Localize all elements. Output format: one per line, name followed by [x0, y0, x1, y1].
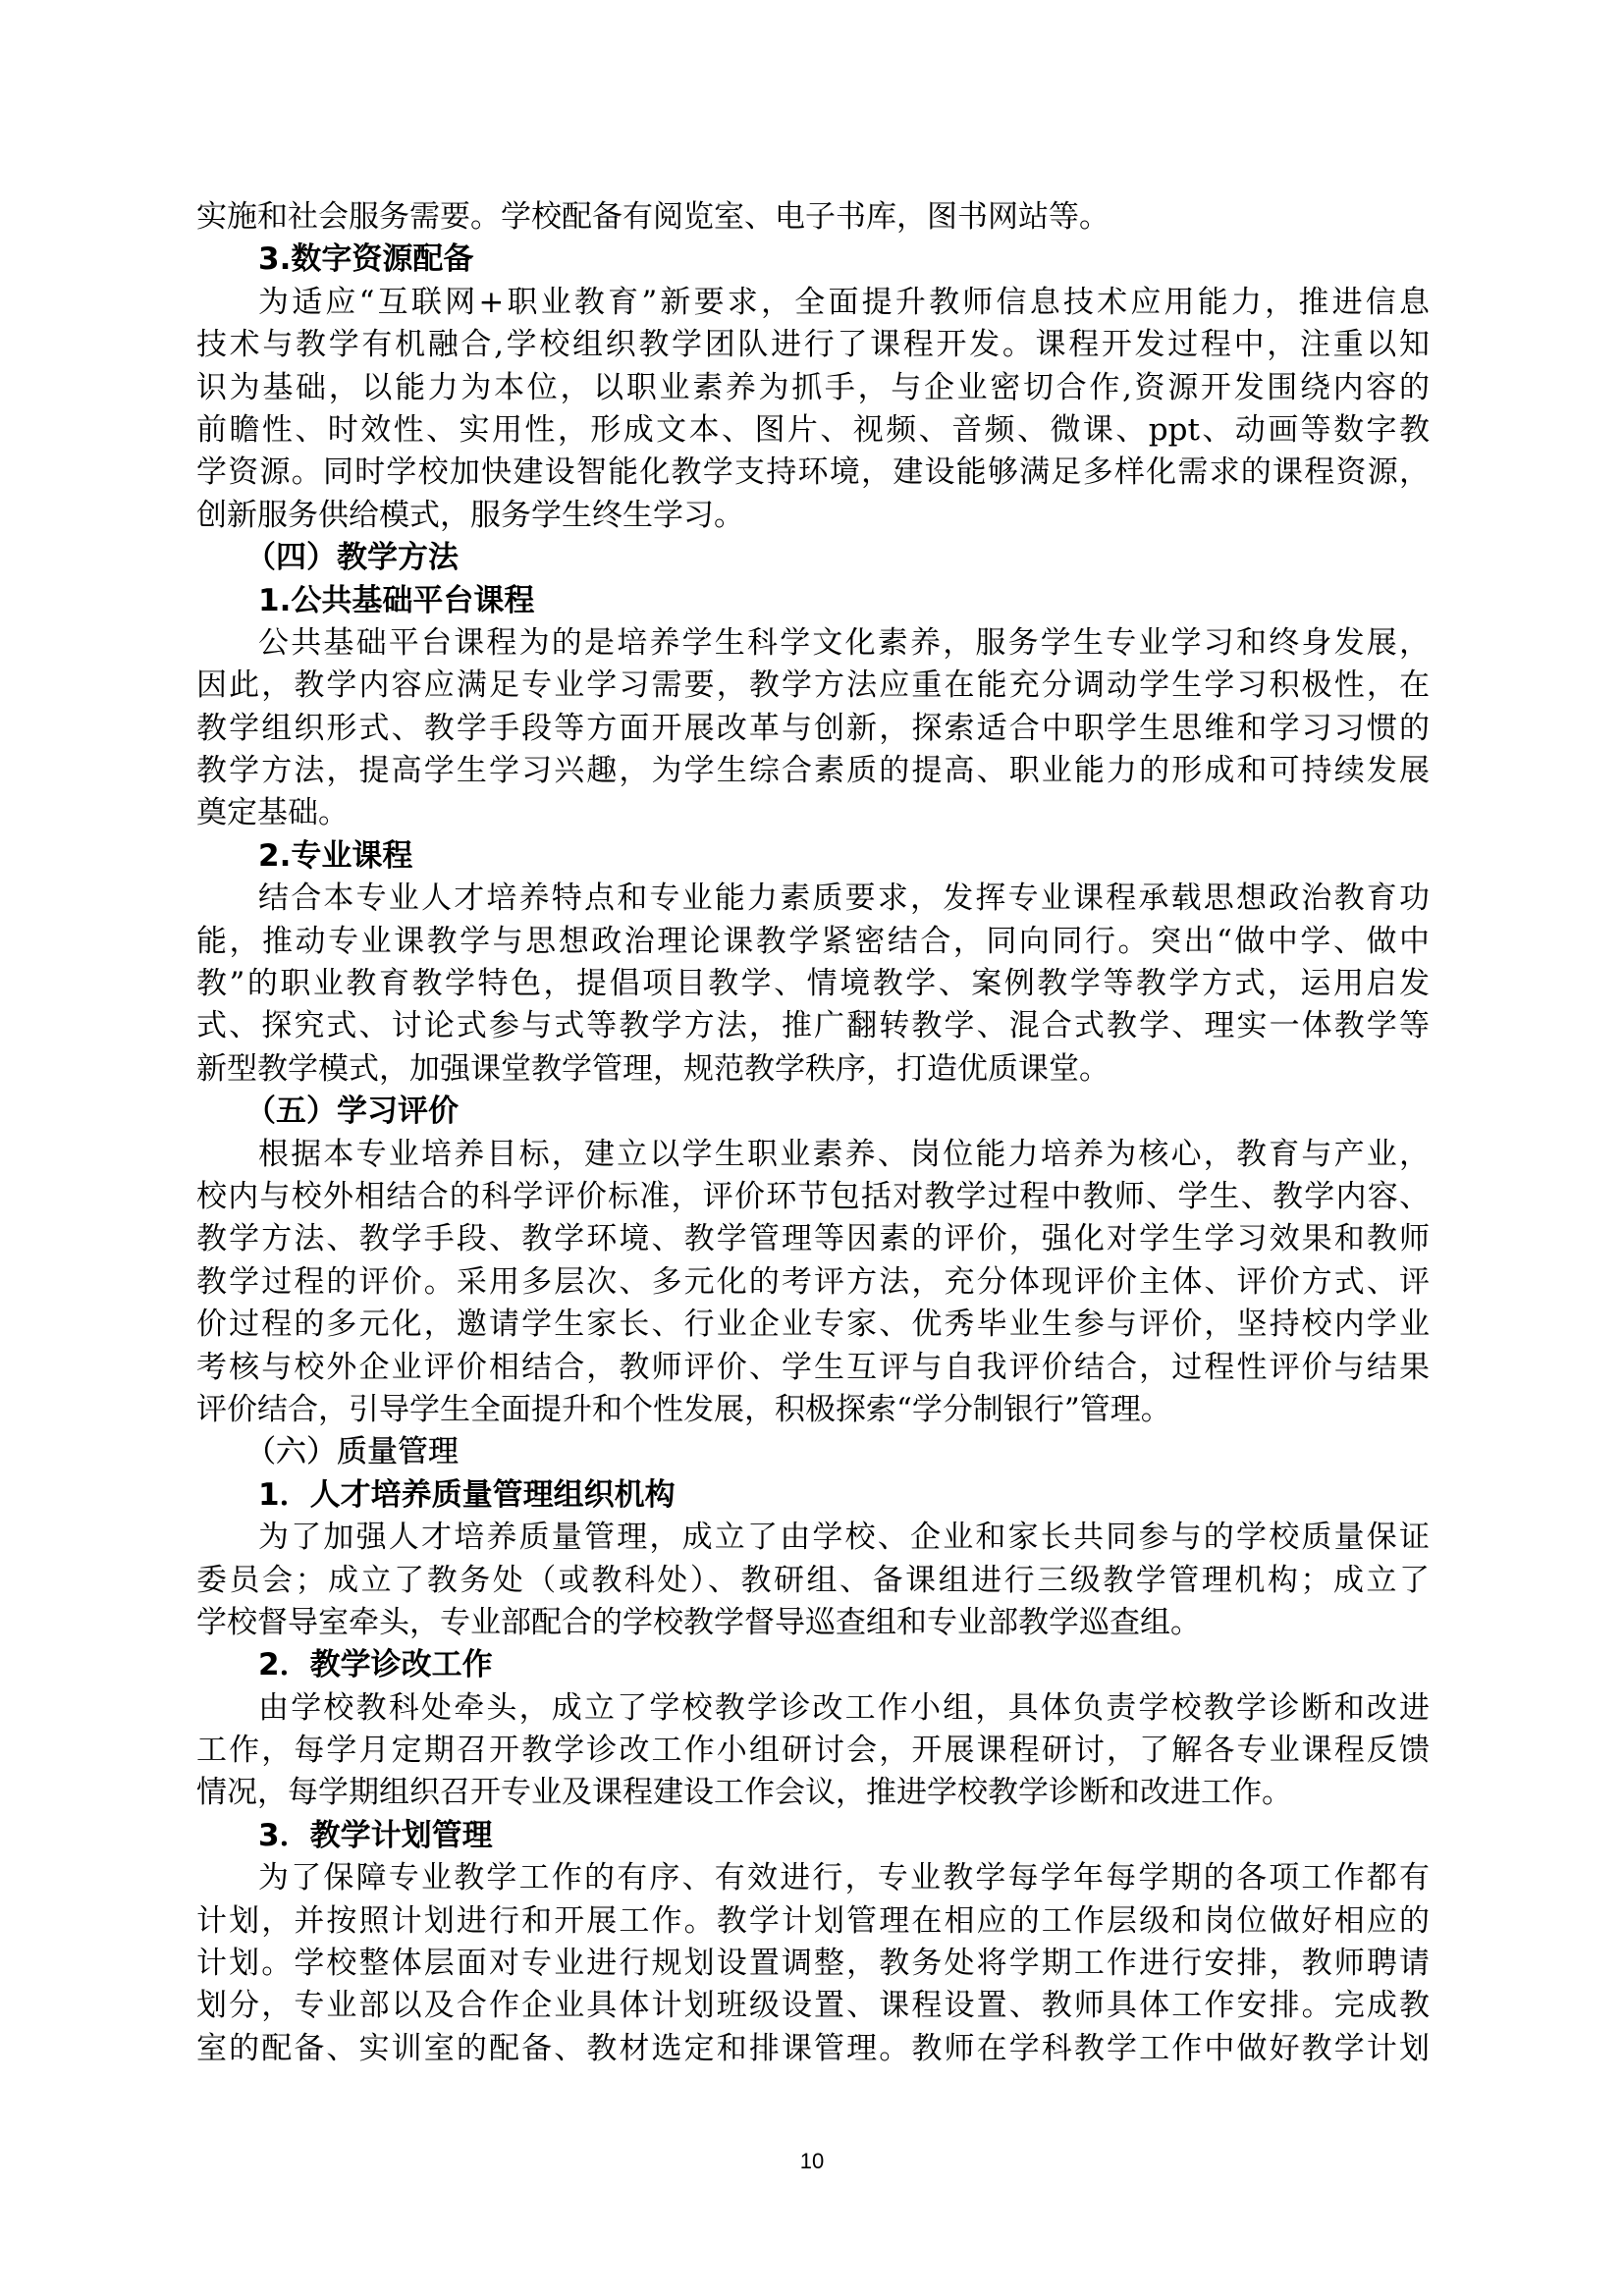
subsection-heading: 3.数字资源配备: [196, 239, 1430, 281]
text-line: 委员会；成立了教务处（或教科处）、教研组、备课组进行三级教学管理机构；成立了: [196, 1560, 1430, 1602]
text-line: 能，推动专业课教学与思想政治理论课教学紧密结合，同向同行。突出“做中学、做中: [196, 921, 1430, 963]
text-line: 教学组织形式、教学手段等方面开展改革与创新，探索适合中职学生思维和学习习惯的: [196, 708, 1430, 750]
text-line: 情况，每学期组织召开专业及课程建设工作会议，推进学校教学诊断和改进工作。: [196, 1772, 1430, 1814]
text-line: 计划。学校整体层面对专业进行规划设置调整，教务处将学期工作进行安排，教师聘请: [196, 1943, 1430, 1985]
text-line: 为适应“互联网+职业教育”新要求，全面提升教师信息技术应用能力，推进信息: [196, 282, 1430, 324]
subsection-heading: 2．教学诊改工作: [196, 1644, 1430, 1686]
text-line: 式、探究式、讨论式参与式等教学方法，推广翻转教学、混合式教学、理实一体教学等: [196, 1005, 1430, 1047]
paragraph: 为适应“互联网+职业教育”新要求，全面提升教师信息技术应用能力，推进信息 技术与…: [196, 282, 1430, 537]
paragraph: 为了保障专业教学工作的有序、有效进行，专业教学每学年每学期的各项工作都有 计划，…: [196, 1857, 1430, 2070]
paragraph: 由学校教科处牵头，成立了学校教学诊改工作小组，具体负责学校教学诊断和改进 工作，…: [196, 1687, 1430, 1815]
section-digital-resources: 3.数字资源配备 为适应“互联网+职业教育”新要求，全面提升教师信息技术应用能力…: [196, 239, 1430, 537]
paragraph: 结合本专业人才培养特点和专业能力素质要求，发挥专业课程承载思想政治教育功 能，推…: [196, 878, 1430, 1091]
document-page: 实施和社会服务需要。学校配备有阅览室、电子书库，图书网站等。 3.数字资源配备 …: [196, 196, 1430, 2070]
section-heading: （五）学习评价: [196, 1091, 1430, 1133]
text-line: 校内与校外相结合的科学评价标准，评价环节包括对教学过程中教师、学生、教学内容、: [196, 1176, 1430, 1218]
paragraph-continuation: 实施和社会服务需要。学校配备有阅览室、电子书库，图书网站等。: [196, 196, 1430, 239]
text-line: 识为基础，以能力为本位，以职业素养为抓手，与企业密切合作,资源开发围绕内容的: [196, 367, 1430, 409]
subsection-heading: 2.专业课程: [196, 835, 1430, 878]
subsection-heading: 1.公共基础平台课程: [196, 580, 1430, 622]
page-number: 10: [0, 2148, 1624, 2175]
text-line: 计划，并按照计划进行和开展工作。教学计划管理在相应的工作层级和岗位做好相应的: [196, 1900, 1430, 1943]
text-line: 划分，专业部以及合作企业具体计划班级设置、课程设置、教师具体工作安排。完成教: [196, 1985, 1430, 2027]
text-line: 结合本专业人才培养特点和专业能力素质要求，发挥专业课程承载思想政治教育功: [196, 878, 1430, 920]
subsection-heading: 3．教学计划管理: [196, 1815, 1430, 1857]
section-learning-evaluation: （五）学习评价 根据本专业培养目标，建立以学生职业素养、岗位能力培养为核心，教育…: [196, 1091, 1430, 1431]
text-line: 因此，教学内容应满足专业学习需要，教学方法应重在能充分调动学生学习积极性，在: [196, 665, 1430, 707]
section-teaching-methods: （四）教学方法 1.公共基础平台课程 公共基础平台课程为的是培养学生科学文化素养…: [196, 537, 1430, 1091]
paragraph: 为了加强人才培养质量管理，成立了由学校、企业和家长共同参与的学校质量保证 委员会…: [196, 1517, 1430, 1644]
text-line: 实施和社会服务需要。学校配备有阅览室、电子书库，图书网站等。: [196, 196, 1430, 239]
section-heading: （四）教学方法: [196, 537, 1430, 579]
paragraph: 公共基础平台课程为的是培养学生科学文化素养，服务学生专业学习和终身发展， 因此，…: [196, 622, 1430, 835]
subsection-heading: 1．人才培养质量管理组织机构: [196, 1474, 1430, 1517]
text-line: 奠定基础。: [196, 792, 1430, 834]
text-line: 评价结合，引导学生全面提升和个性发展，积极探索“学分制银行”管理。: [196, 1389, 1430, 1431]
text-line: 教学过程的评价。采用多层次、多元化的考评方法，充分体现评价主体、评价方式、评: [196, 1261, 1430, 1304]
text-line: 创新服务供给模式，服务学生终生学习。: [196, 495, 1430, 537]
text-line: 考核与校外企业评价相结合，教师评价、学生互评与自我评价结合，过程性评价与结果: [196, 1347, 1430, 1389]
paragraph: 根据本专业培养目标，建立以学生职业素养、岗位能力培养为核心，教育与产业， 校内与…: [196, 1134, 1430, 1432]
text-line: 教学方法、教学手段、教学环境、教学管理等因素的评价，强化对学生学习效果和教师: [196, 1218, 1430, 1260]
text-line: 技术与教学有机融合,学校组织教学团队进行了课程开发。课程开发过程中，注重以知: [196, 324, 1430, 366]
section-heading: （六）质量管理: [196, 1431, 1430, 1473]
text-line: 公共基础平台课程为的是培养学生科学文化素养，服务学生专业学习和终身发展，: [196, 622, 1430, 665]
text-line: 学资源。同时学校加快建设智能化教学支持环境，建设能够满足多样化需求的课程资源，: [196, 452, 1430, 494]
text-line: 室的配备、实训室的配备、教材选定和排课管理。教师在学科教学工作中做好教学计划: [196, 2028, 1430, 2070]
text-line: 为了加强人才培养质量管理，成立了由学校、企业和家长共同参与的学校质量保证: [196, 1517, 1430, 1559]
text-line: 工作，每学月定期召开教学诊改工作小组研讨会，开展课程研讨，了解各专业课程反馈: [196, 1730, 1430, 1772]
text-line: 价过程的多元化，邀请学生家长、行业企业专家、优秀毕业生参与评价，坚持校内学业: [196, 1304, 1430, 1346]
text-line: 为了保障专业教学工作的有序、有效进行，专业教学每学年每学期的各项工作都有: [196, 1857, 1430, 1899]
text-line: 教学方法，提高学生学习兴趣，为学生综合素质的提高、职业能力的形成和可持续发展: [196, 750, 1430, 792]
text-line: 由学校教科处牵头，成立了学校教学诊改工作小组，具体负责学校教学诊断和改进: [196, 1687, 1430, 1730]
text-line: 根据本专业培养目标，建立以学生职业素养、岗位能力培养为核心，教育与产业，: [196, 1134, 1430, 1176]
section-quality-management: （六）质量管理 1．人才培养质量管理组织机构 为了加强人才培养质量管理，成立了由…: [196, 1431, 1430, 2070]
text-line: 新型教学模式，加强课堂教学管理，规范教学秩序，打造优质课堂。: [196, 1048, 1430, 1091]
text-line: 前瞻性、时效性、实用性，形成文本、图片、视频、音频、微课、ppt、动画等数字教: [196, 409, 1430, 452]
text-line: 学校督导室牵头，专业部配合的学校教学督导巡查组和专业部教学巡查组。: [196, 1602, 1430, 1644]
text-line: 教”的职业教育教学特色，提倡项目教学、情境教学、案例教学等教学方式，运用启发: [196, 963, 1430, 1005]
